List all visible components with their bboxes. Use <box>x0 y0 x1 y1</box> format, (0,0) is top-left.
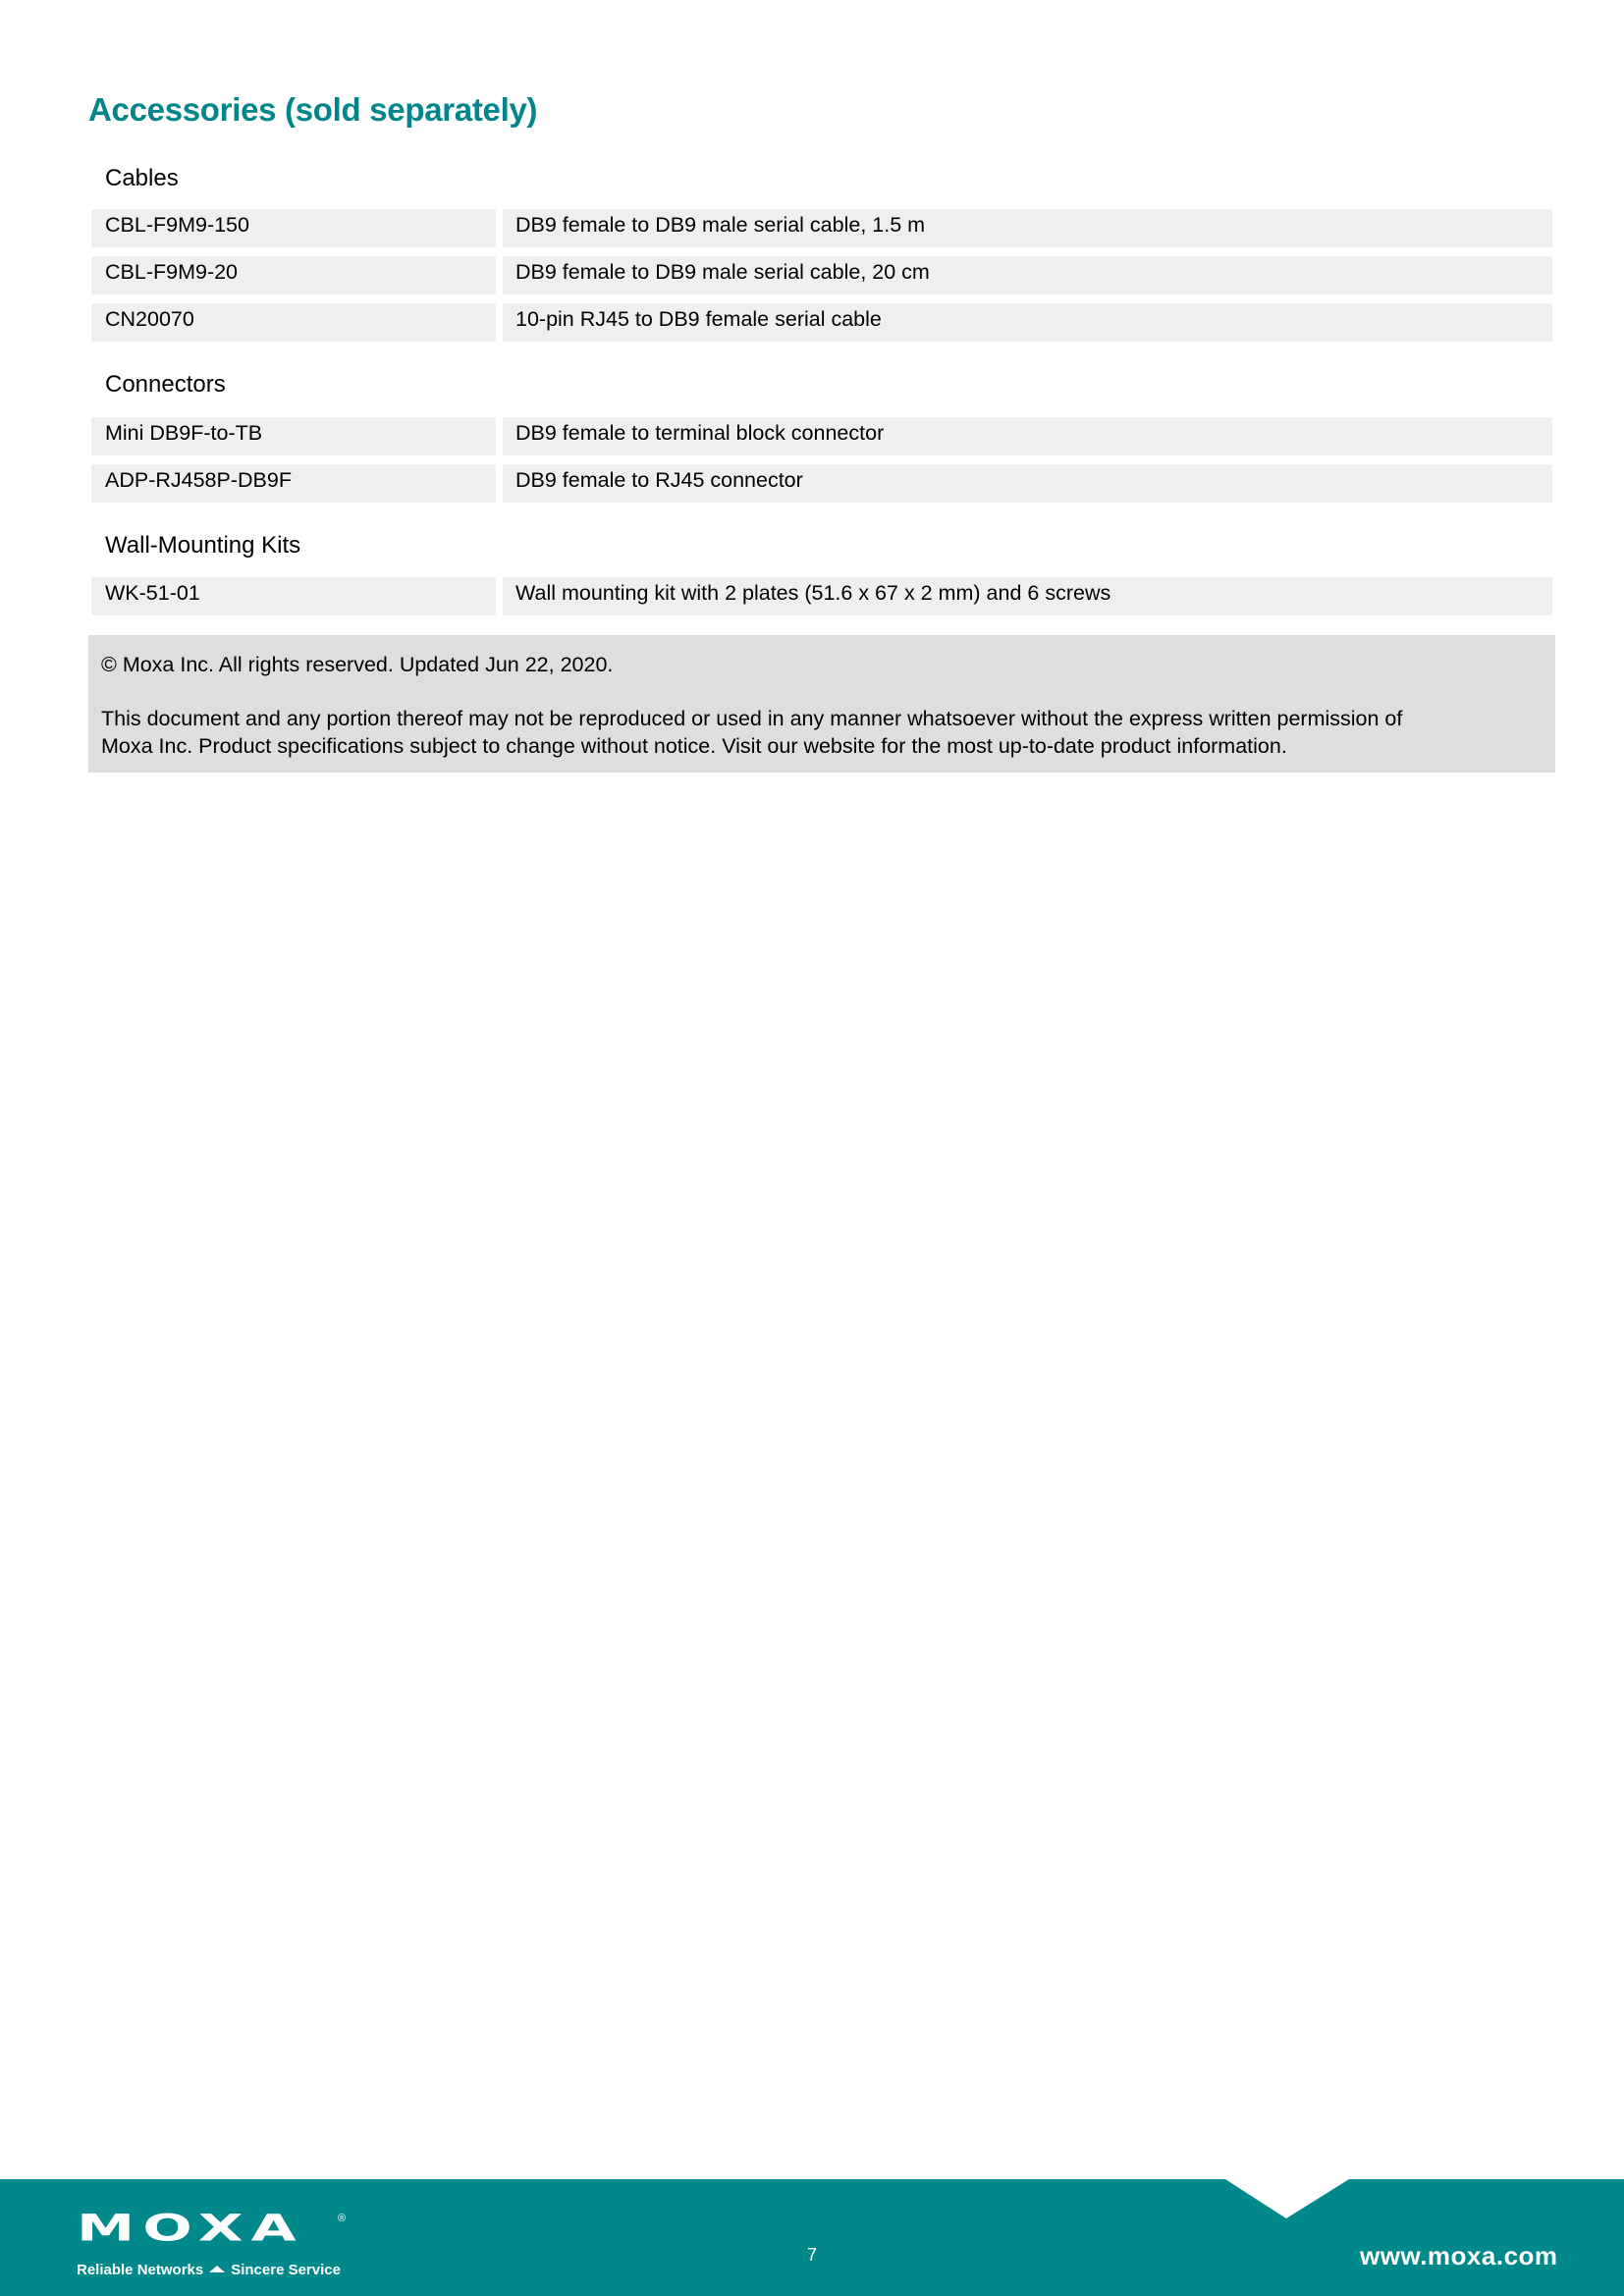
moxa-logo: MOXA ® Reliable NetworksSincere Service <box>77 2211 245 2254</box>
description-cell: DB9 female to RJ45 connector <box>503 464 1552 503</box>
model-cell: CBL-F9M9-20 <box>91 256 496 294</box>
table-row: CBL-F9M9-20 DB9 female to DB9 male seria… <box>91 256 1552 294</box>
model-cell: CN20070 <box>91 303 496 342</box>
model-cell: ADP-RJ458P-DB9F <box>91 464 496 503</box>
disclaimer-line-1: This document and any portion thereof ma… <box>101 705 1543 732</box>
table-row: WK-51-01 Wall mounting kit with 2 plates… <box>91 577 1552 615</box>
copyright-text: © Moxa Inc. All rights reserved. Updated… <box>101 651 1543 678</box>
description-cell: DB9 female to terminal block connector <box>503 417 1552 455</box>
section-title: Connectors <box>105 371 226 399</box>
website-link[interactable]: www.moxa.com <box>1360 2241 1558 2271</box>
registered-mark-icon: ® <box>338 2213 346 2224</box>
tagline-left: Reliable Networks <box>77 2262 203 2278</box>
disclaimer-line-2: Moxa Inc. Product specifications subject… <box>101 732 1543 760</box>
description-cell: Wall mounting kit with 2 plates (51.6 x … <box>503 577 1552 615</box>
logo-wordmark: MOXA <box>77 2211 304 2247</box>
model-cell: CBL-F9M9-150 <box>91 209 496 247</box>
model-cell: WK-51-01 <box>91 577 496 615</box>
section-title: Cables <box>105 165 179 192</box>
table-row: CBL-F9M9-150 DB9 female to DB9 male seri… <box>91 209 1552 247</box>
logo-tagline: Reliable NetworksSincere Service <box>77 2262 341 2278</box>
accessory-table: CBL-F9M9-150 DB9 female to DB9 male seri… <box>91 209 1552 350</box>
tagline-right: Sincere Service <box>231 2262 341 2278</box>
table-row: ADP-RJ458P-DB9F DB9 female to RJ45 conne… <box>91 464 1552 503</box>
page-title: Accessories (sold separately) <box>88 91 537 129</box>
description-cell: DB9 female to DB9 male serial cable, 1.5… <box>503 209 1552 247</box>
page-footer: MOXA ® Reliable NetworksSincere Service … <box>0 2179 1624 2296</box>
description-cell: 10-pin RJ45 to DB9 female serial cable <box>503 303 1552 342</box>
model-cell: Mini DB9F-to-TB <box>91 417 496 455</box>
page-number: 7 <box>807 2245 817 2266</box>
legal-note: © Moxa Inc. All rights reserved. Updated… <box>88 635 1555 773</box>
table-row: CN20070 10-pin RJ45 to DB9 female serial… <box>91 303 1552 342</box>
accessory-table: WK-51-01 Wall mounting kit with 2 plates… <box>91 577 1552 624</box>
accessory-table: Mini DB9F-to-TB DB9 female to terminal b… <box>91 417 1552 511</box>
table-row: Mini DB9F-to-TB DB9 female to terminal b… <box>91 417 1552 455</box>
section-title: Wall-Mounting Kits <box>105 532 300 560</box>
description-cell: DB9 female to DB9 male serial cable, 20 … <box>503 256 1552 294</box>
footer-notch-icon <box>1225 2179 1349 2218</box>
triangle-icon <box>209 2266 225 2272</box>
